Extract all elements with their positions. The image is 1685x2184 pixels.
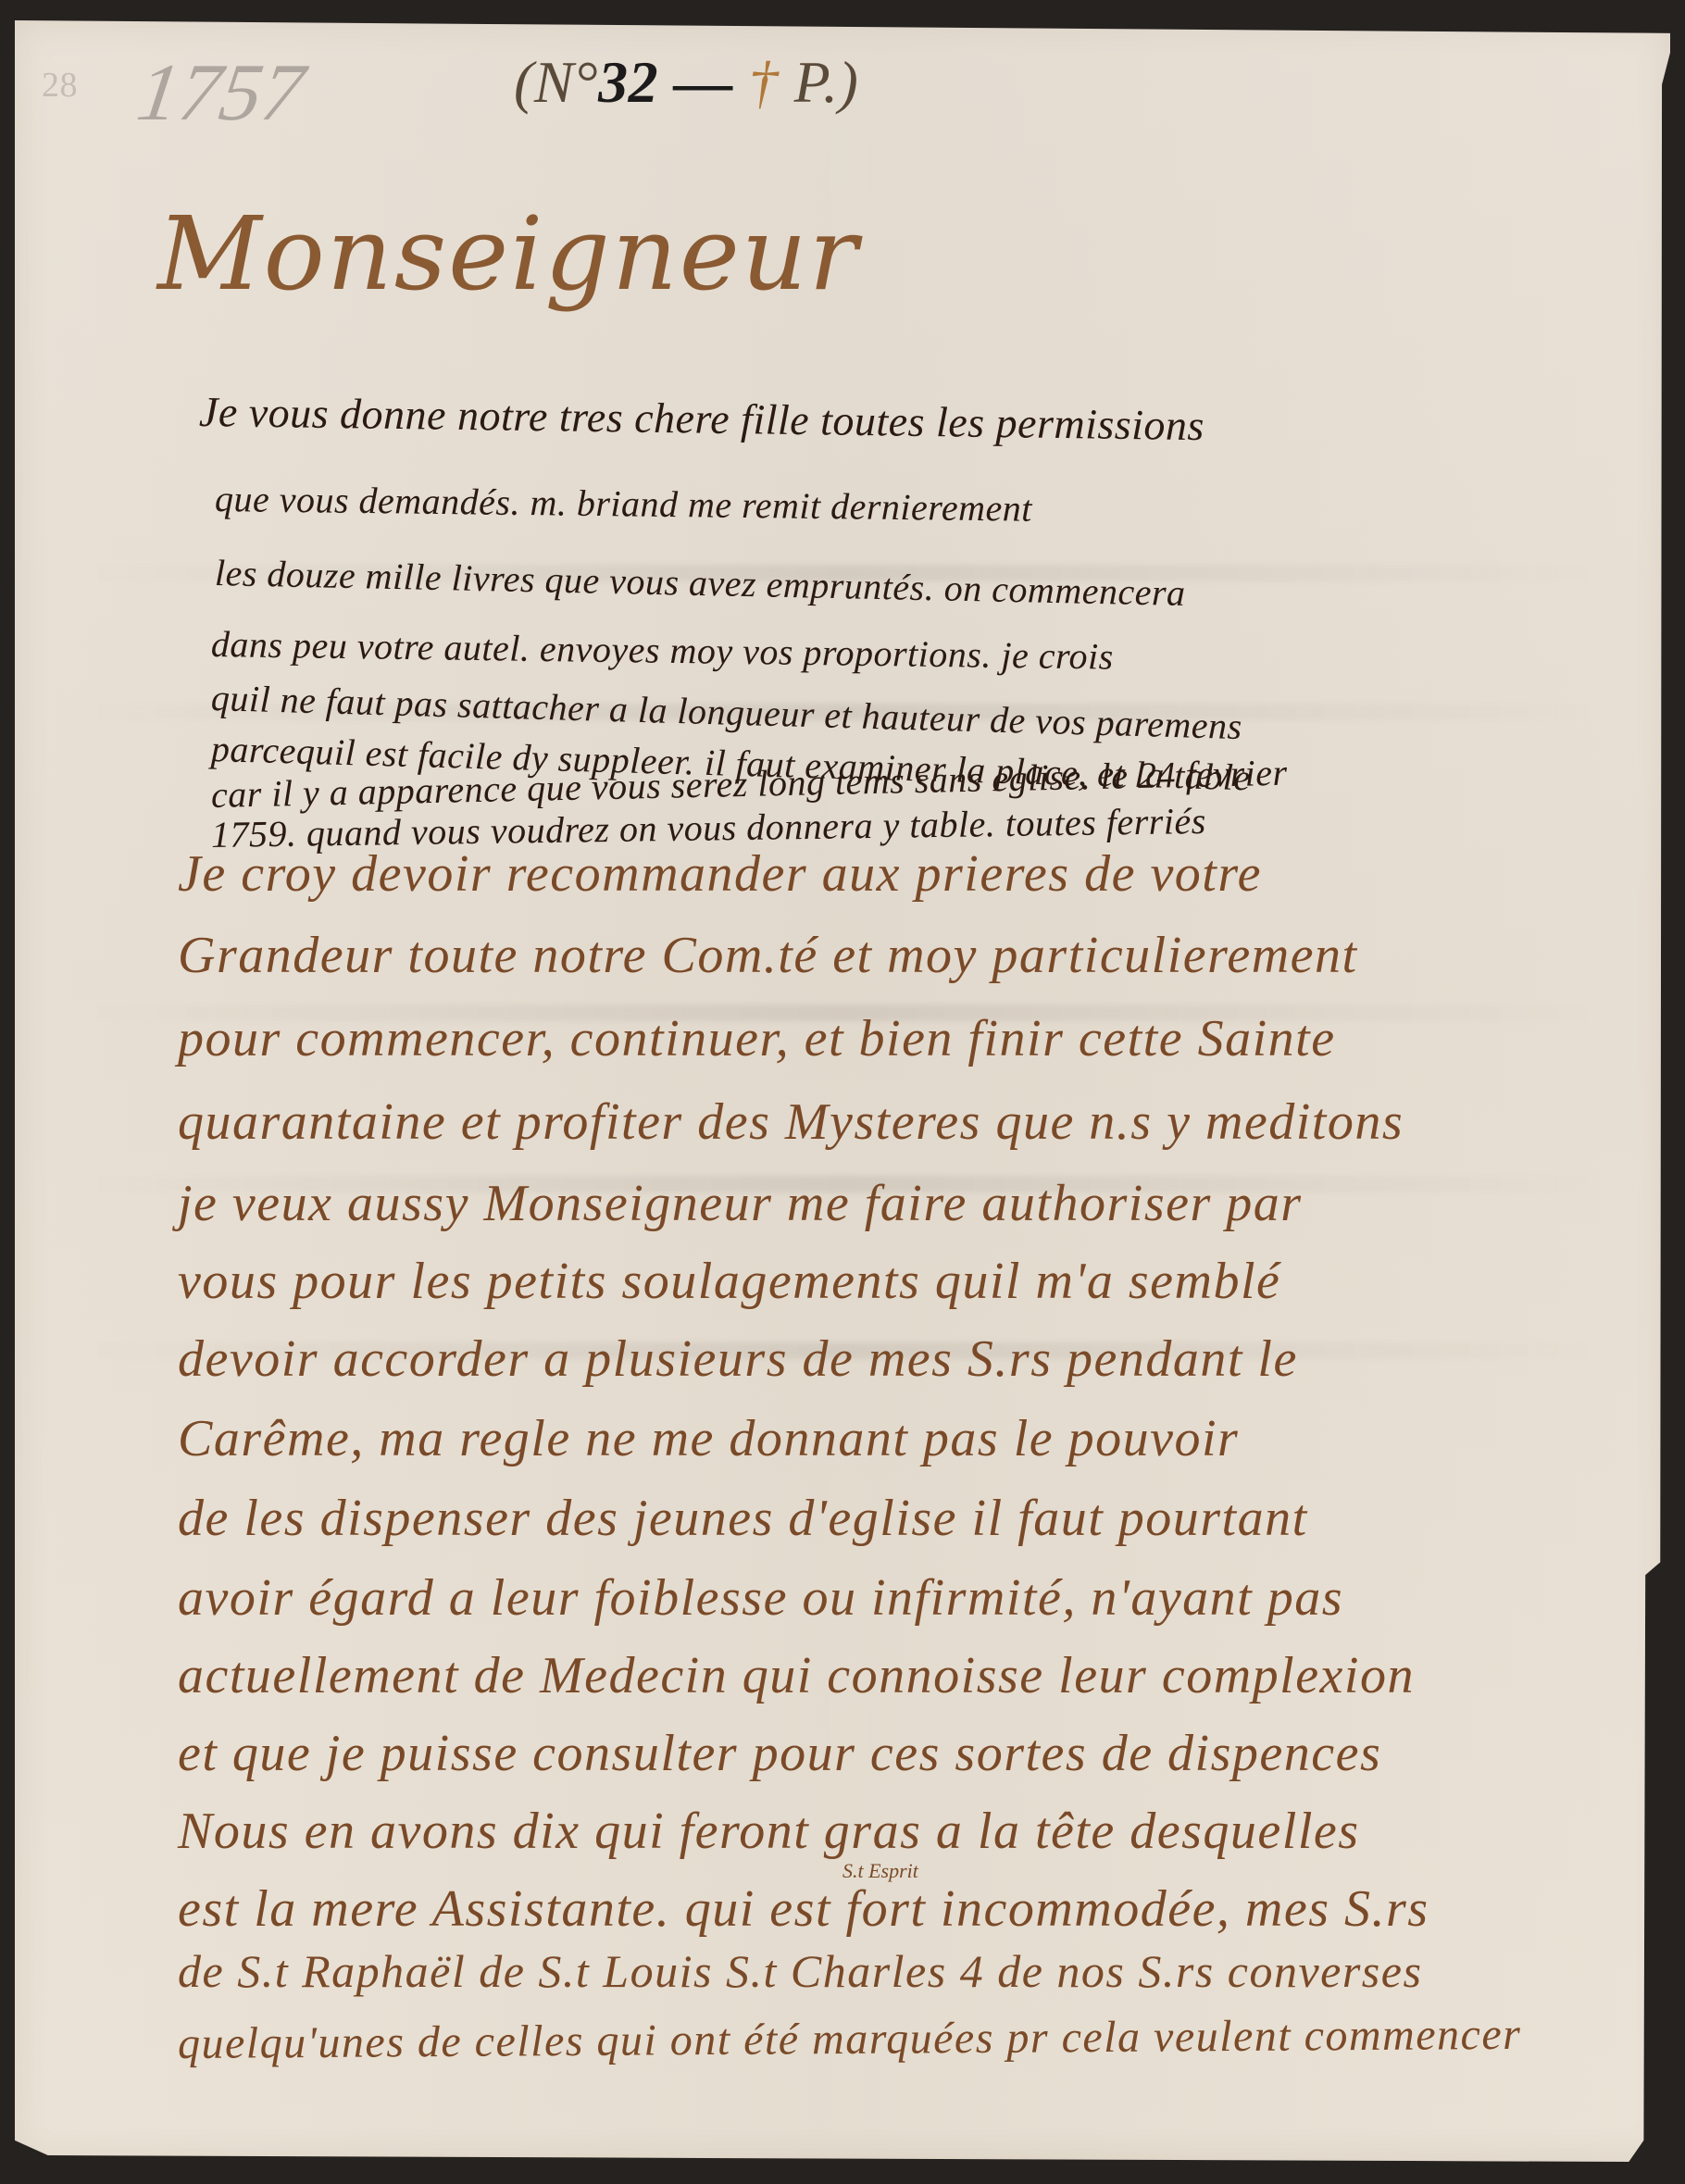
body-line: de les dispenser des jeunes d'eglise il … bbox=[178, 1489, 1308, 1548]
body-line: avoir égard a leur foiblesse ou infirmit… bbox=[178, 1568, 1343, 1628]
salutation: Monseigneur bbox=[157, 194, 859, 313]
cross-icon: † bbox=[749, 49, 780, 115]
body-line: quarantaine et profiter des Mysteres que… bbox=[178, 1092, 1404, 1152]
body-line: devoir accorder a plusieurs de mes S.rs … bbox=[178, 1329, 1298, 1389]
archival-faint-mark: 28 bbox=[42, 65, 78, 106]
body-line: quelqu'unes de celles qui ont été marqué… bbox=[178, 2009, 1522, 2069]
body-line: Grandeur toute notre Com.té et moy parti… bbox=[178, 926, 1358, 985]
body-line: je veux aussy Monseigneur me faire autho… bbox=[178, 1174, 1303, 1233]
body-line: de S.t Raphaël de S.t Louis S.t Charles … bbox=[178, 1944, 1422, 1998]
reference-prefix: (N° bbox=[514, 49, 598, 115]
body-line: actuellement de Medecin qui connoisse le… bbox=[178, 1646, 1415, 1705]
reference-number: 32 bbox=[598, 49, 658, 115]
body-line: Carême, ma regle ne me donnant pas le po… bbox=[178, 1409, 1239, 1468]
body-line: Nous en avons dix qui feront gras a la t… bbox=[178, 1802, 1360, 1861]
reference-page: P.) bbox=[794, 49, 859, 115]
archival-reference: (N°32 — † P.) bbox=[514, 48, 858, 117]
pencil-year-annotation: 1757 bbox=[124, 46, 319, 140]
reference-dash: — bbox=[674, 49, 734, 115]
body-line: vous pour les petits soulagements quil m… bbox=[178, 1252, 1280, 1311]
body-line: pour commencer, continuer, et bien finir… bbox=[178, 1009, 1336, 1068]
body-line: et que je puisse consulter pour ces sort… bbox=[178, 1724, 1381, 1783]
interlinear-insertion: S.t Esprit bbox=[842, 1859, 918, 1883]
body-line: est la mere Assistante. qui est fort inc… bbox=[178, 1879, 1429, 1939]
body-line: Je croy devoir recommander aux prieres d… bbox=[178, 844, 1262, 904]
